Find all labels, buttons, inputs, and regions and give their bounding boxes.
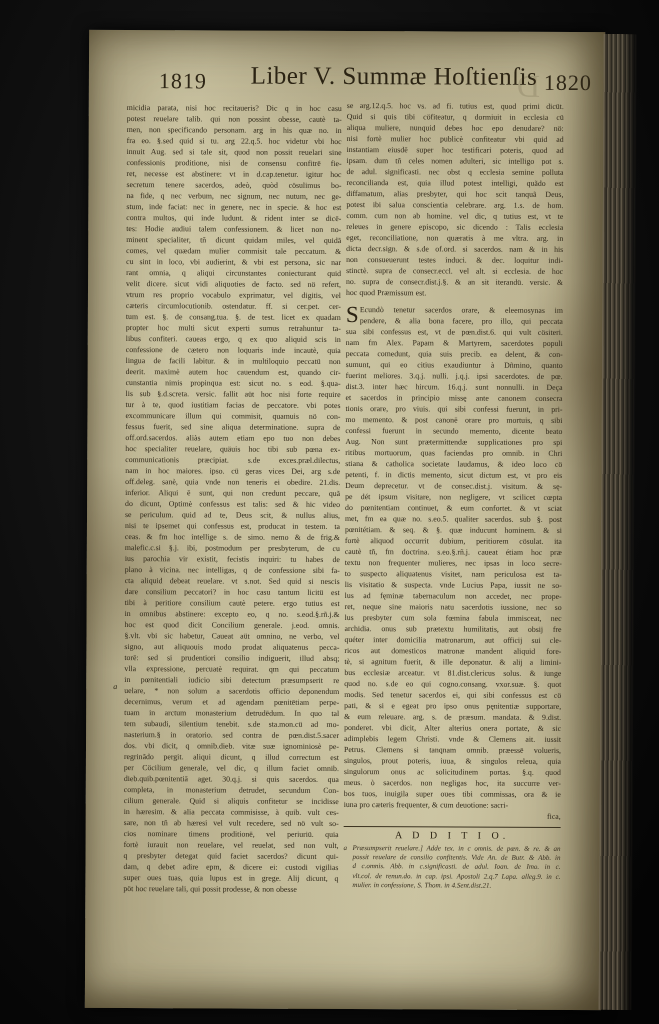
catchword: fica, [344,810,561,822]
additio-section: A D D I T I O. a Præsumpserit reuelare.]… [343,826,560,891]
text-line: super oues tuas, quia lupus est in grege… [123,872,338,884]
text-line: vlla expressione, percuatè requirat. qm … [124,663,339,675]
drop-cap: S [346,304,359,325]
text-line: fortè aliquod occurrit dubium, peritiore… [345,535,562,547]
text-line: uelare, * non solum a sacerdotis officio… [124,685,339,697]
text-line: cios nominare timens proditionē, vel per… [124,828,339,840]
text-line: met, fm ea quæ no. s.eo.5. qualiter sace… [345,513,562,525]
additio-margin-note-a: a [344,844,348,852]
text-column-left: micidia parata, nisi hoc recitaueris? Di… [123,102,341,895]
text-line: Aug. Non sunt prætermittendæ supplicatio… [345,436,562,448]
text-line: ricos aut domesticos matronæ mandent ali… [344,645,561,657]
additio-lines: a Præsumpserit reuelare.] Adde tex. in c… [343,844,560,891]
text-line: ius parochia vir existit, fecistis inqui… [125,553,340,565]
text-line: dieb.quib.pœnitentiā aget. 30.q.j. si qu… [124,773,339,785]
text-line: §.vlt. vbi sic habetur, Caueat aüt omnin… [124,630,339,642]
text-line: fortè iurauit non reuelare, vel reuelat,… [124,839,339,851]
scanned-book-photo: 1819 Liber V. Summæ Hoſtienſis 1820 D a … [0,0,659,1024]
text-line: do pœnitentiam continuet, & eum conforte… [345,502,562,514]
text-line: textu non frequenter mulieres, nec ipsas… [345,557,562,569]
text-line: tuam in arctum monasterium detrudēdum. I… [124,707,339,719]
text-line: archidia. onus sub prætextu humilitatis,… [345,623,562,635]
text-line: dare consilium peccatori? in hoc casu ta… [125,586,340,598]
text-line: decernimus, verum et ad agendam pœnitēti… [124,696,339,708]
text-line: tibi à peritiore consilium cautè petere.… [125,597,340,609]
page-number-left: 1819 [159,68,207,94]
text-line: ceas. & fm hoc intellige s. de simo. nem… [125,531,340,543]
book-page-edges [598,34,637,1010]
text-line: stiana & catholica societate laudamus, &… [345,458,562,470]
text-line: plano à vicina. nec intelligas, q de con… [125,564,340,576]
text-line: hoc est quod dicit Concilium generale. j… [125,619,340,631]
text-line: fuerint meliores. 3.q.j. nulli. j.q.j. i… [346,370,563,382]
text-line: tè, si agnitum fuerit, & ille deponatur.… [344,656,561,668]
text-line: cautè tñ, fm doctrina. s.eo.§.rñ.j. caue… [345,546,562,558]
text-line: lis visitatio & suspecta. vnde Lucius Pa… [345,579,562,591]
text-line: in pœnitentiali iudicio sibi detectum pr… [124,674,339,686]
text-line: tionis orare, pro viuis. qui sibi confes… [345,403,562,415]
text-line: per Cöcilium generale, vel dic, q illum … [124,762,339,774]
text-line: cta aliquid debeat reuelare. vt s.not. S… [125,575,340,587]
text-line: torē: sed si prudentiori consilio indigu… [124,652,339,664]
text-line: malefic.c.si §.j. ibi, postmodum per pre… [125,542,340,554]
text-line: quéter inter domicilia matronarum, aut o… [344,634,561,646]
text-line: confessi fuerunt in secundo memento, dic… [345,425,562,437]
text-line: se periculum. quid ad te, Deus scit, & n… [125,509,340,521]
text-line: ret, neque sine maioris natu sacerdotis … [345,601,562,613]
text-line: mo memento. & post canonē orare pro mort… [345,414,562,426]
text-line: q presbyter detegat quid faciet sacerdos… [124,850,339,862]
running-title: Liber V. Summæ Hoſtienſis [239,63,549,92]
text-line: iuna pro cæteris frequenter, & cum deuot… [344,799,561,811]
text-line: cilium generale. Quid si aliquis confite… [124,795,339,807]
text-line: pe dét ipsum visitare, non negligere, vt… [345,491,562,503]
text-line: pœnitétiam. & seq. & §. quæ inducunt hom… [345,524,562,536]
text-line: d c.omnis. Abb. in c.significasti. de ad… [352,862,560,872]
paragraph-2: S Ecundò tenetur sacerdos orare, & eleem… [344,304,563,811]
text-line: sare, non tñ ab hæresi vel vult recedere… [124,817,339,829]
additio-title: A D D I T I O. [344,830,561,843]
text-line: Deum deprecetur. vt de consec.dist.j. vi… [345,480,562,492]
text-line: completa, in monasterium detrudet, secun… [124,784,339,796]
text-line: hoc quod Præmissum est. [346,287,563,299]
text-line: dist.3. inter hæc hircum. 16.q.j. sunt n… [346,381,563,393]
book-page: 1819 Liber V. Summæ Hoſtienſis 1820 D a … [85,30,605,1010]
text-line: et sacerdos in principio missę ante cano… [346,392,563,404]
text-line: lus ad fęminæ tabernaculum non accedet, … [345,590,562,602]
text-line: lus presbyter cum sola fœmina fabula imm… [345,612,562,624]
text-line: ritibus mortuorum, quas faciendas pro om… [345,447,562,459]
margin-note-a: a [113,682,117,691]
text-line: in omnibus abstinere: excepto eo, q no. … [125,608,340,620]
showthrough-letter: D [517,68,540,105]
text-column-right: se arg.12.q.5. hoc vs. ad fi. tutius est… [343,100,563,891]
text-line: tem subaudi, silentium tenebit. s.de sta… [124,718,339,730]
text-line: nisi te ipsemet qui confessus est, produ… [125,520,340,532]
text-line: signo, aut aliquouis modo prodat aliquat… [124,641,339,653]
text-line: to suspecto aliquatenus visitet, nam per… [345,568,562,580]
text-line: nasterium.§ in oratorio. sed contra de p… [124,729,339,741]
text-line: mulier. in confessione, S. Thom. in 4.Se… [352,881,560,891]
text-line: pöt hoc reuelare tali, qui possit prodes… [123,883,338,895]
text-line: dos. vbi dicit, q omnib.dieb. vitæ suæ i… [124,740,339,752]
text-line: dam, q debet adire epm, & dicere ei: cus… [123,861,338,873]
text-line: in hæresim. & alia peccata commisisse, à… [124,806,339,818]
text-line: regrinãdo pergit. aliqui dicunt, q illud… [124,751,339,763]
text-line: petenti, f. in dictis memento, sicut dic… [345,469,562,481]
additio-rule [344,826,561,828]
paragraph-2-lines: Ecundò tenetur sacerdos orare, & eleemos… [344,304,563,811]
paragraph-1: se arg.12.q.5. hoc vs. ad fi. tutius est… [346,100,564,299]
page-number-right: 1820 [544,70,592,96]
